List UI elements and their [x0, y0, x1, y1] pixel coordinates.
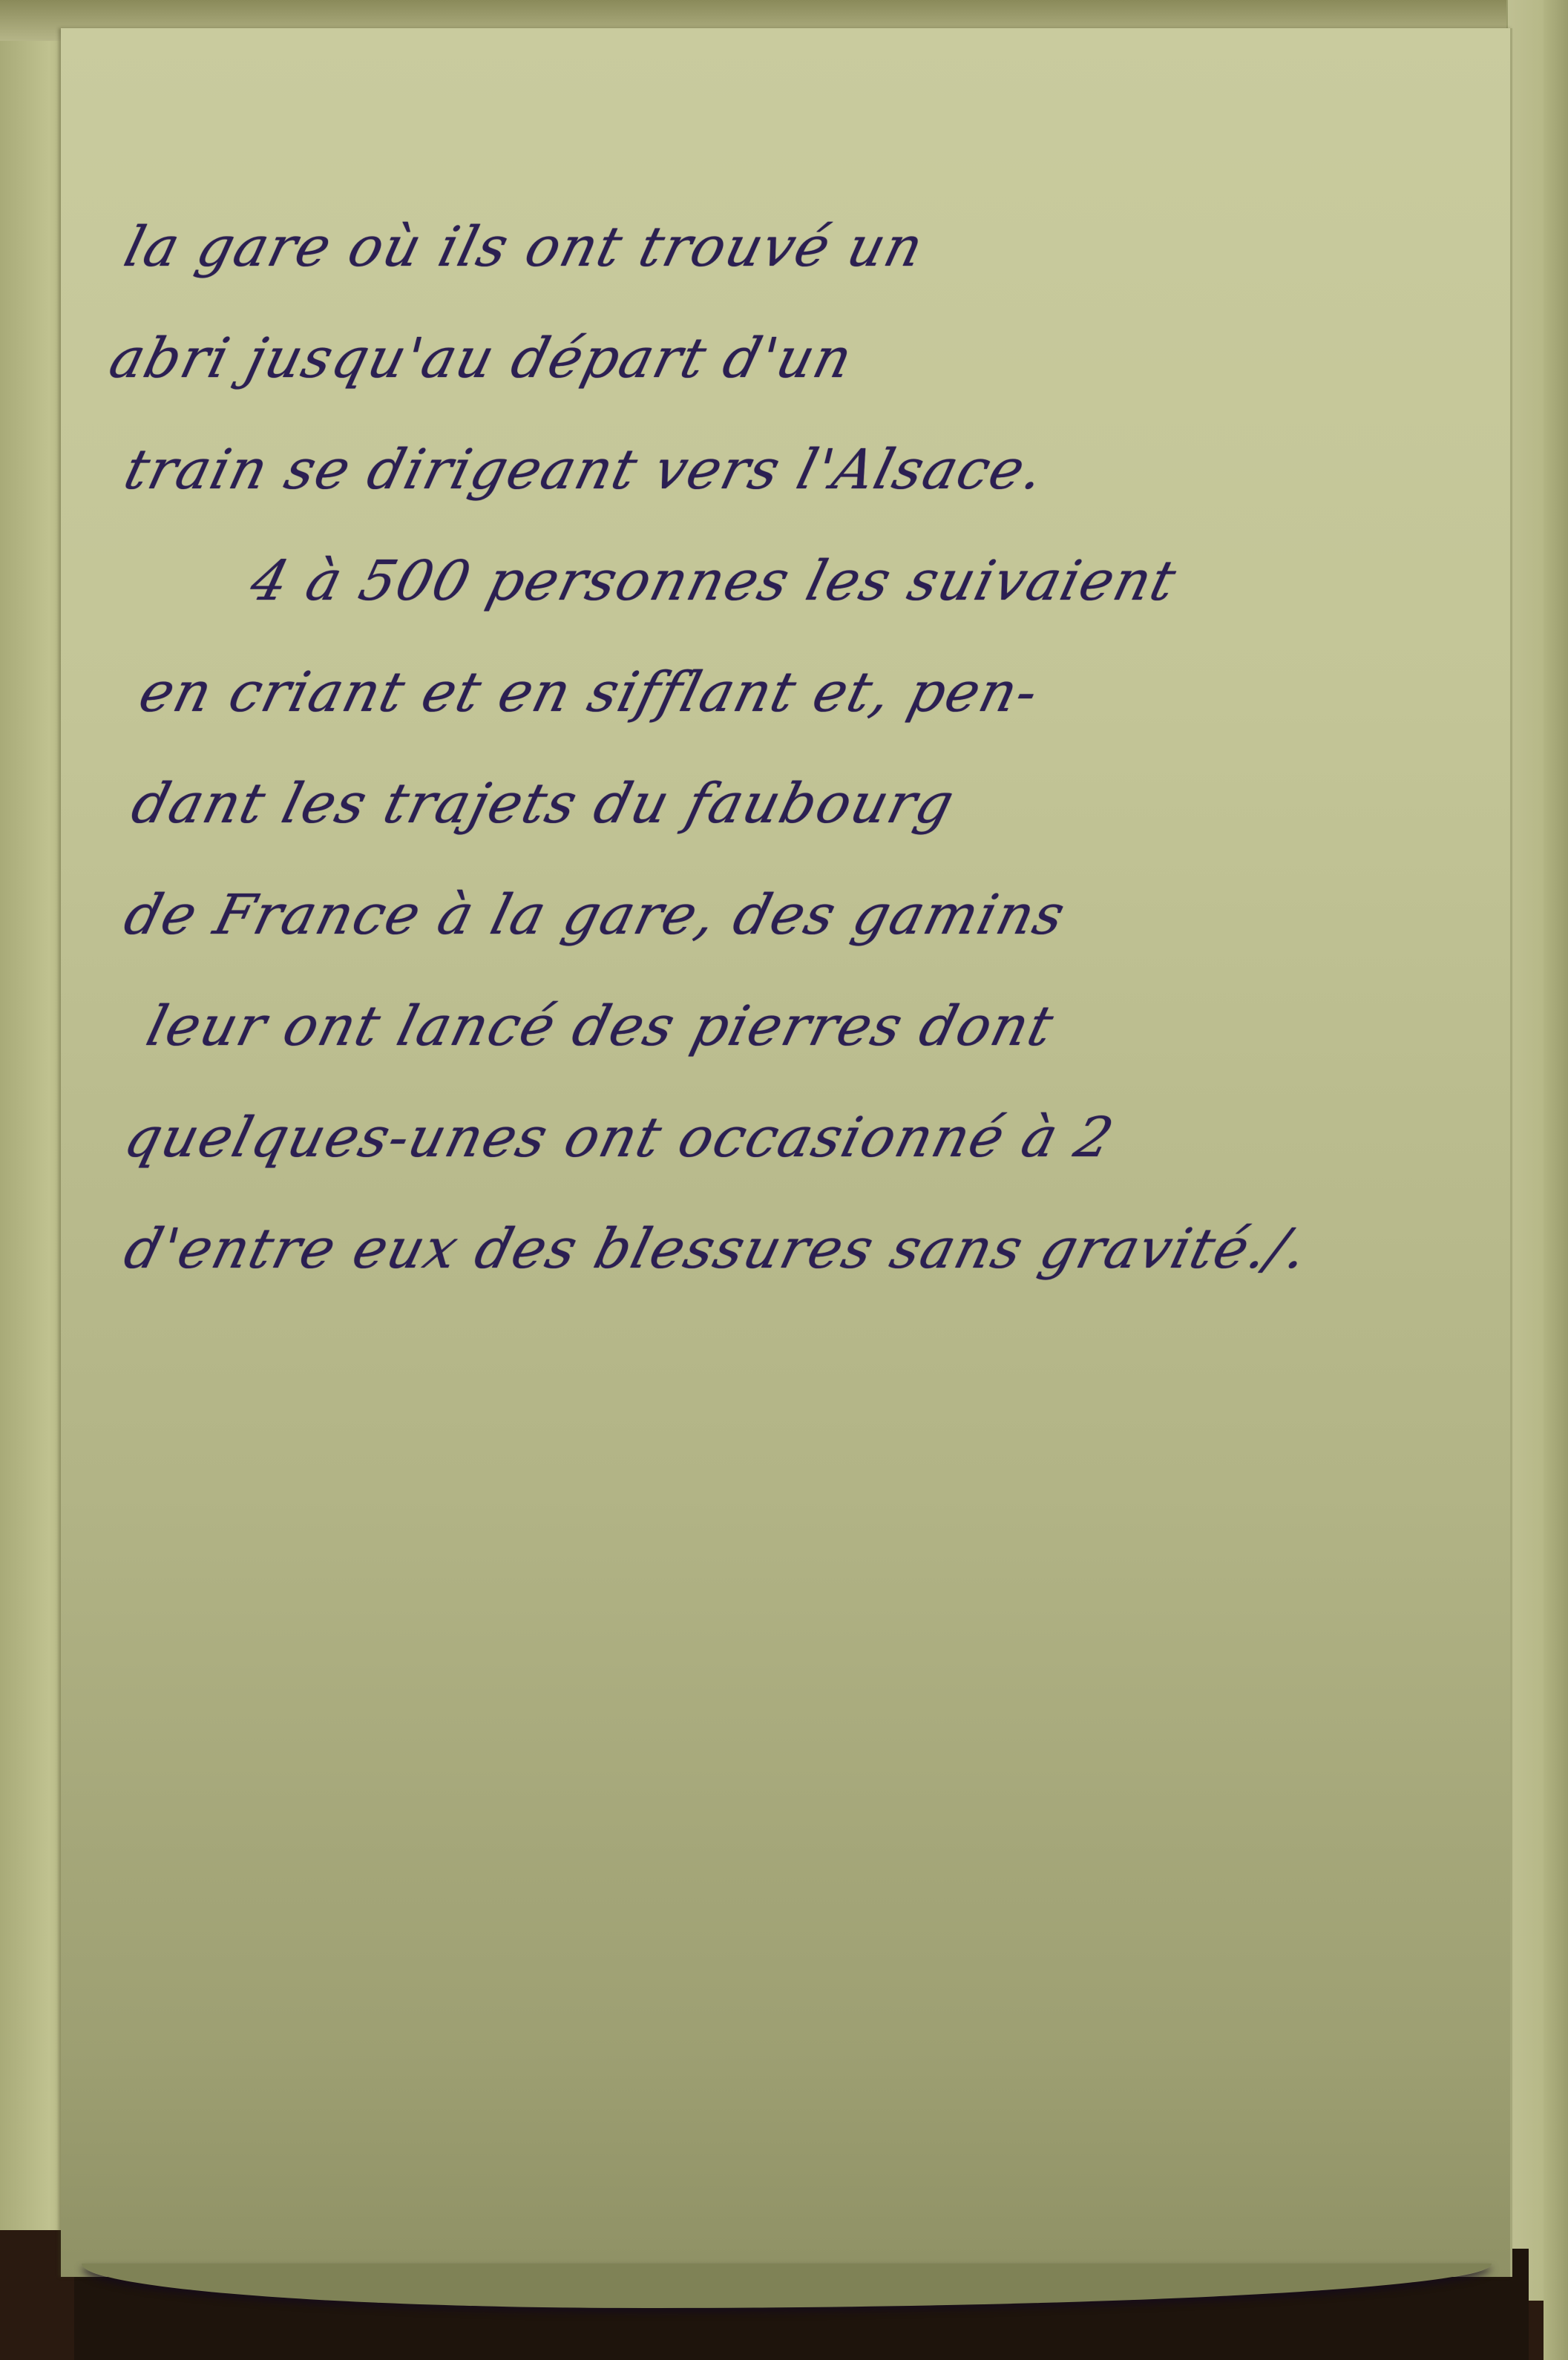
underlying-sheet-right-edge — [1544, 0, 1568, 2360]
text-line-2: abri jusqu'au départ d'un — [103, 327, 859, 390]
text-line-7: de France à la gare, des gamins — [118, 883, 1072, 947]
text-line-10: d'entre eux des blessures sans gravité./… — [118, 1217, 1315, 1281]
text-line-5: en criant et en sifflant et, pen- — [133, 661, 1046, 724]
text-line-3: train se dirigeant vers l'Alsace. — [118, 438, 1052, 502]
text-line-8: leur ont lancé des pierres dont — [140, 994, 1060, 1058]
text-line-6: dant les trajets du faubourg — [125, 772, 961, 836]
text-line-1: la gare où ils ont trouvé un — [118, 215, 931, 279]
bleed-through-text — [163, 1262, 1425, 2152]
text-line-9: quelques-unes ont occasionné à 2 — [118, 1106, 1121, 1170]
text-line-4: 4 à 500 personnes les suivaient — [244, 549, 1183, 613]
